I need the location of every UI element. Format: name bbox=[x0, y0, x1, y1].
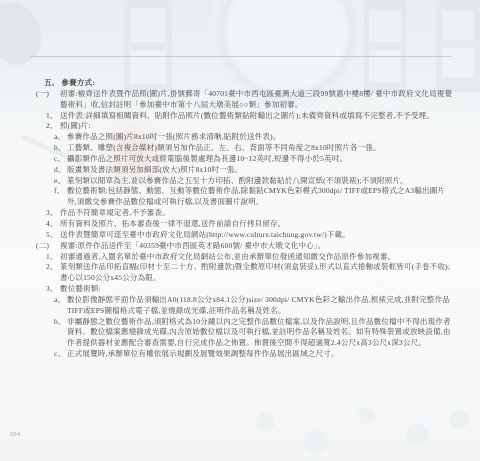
outline-item: 5、送件表暨簡章可逕至臺中市政府文化局網站(http://www.culture… bbox=[46, 230, 454, 241]
page-number: 204 bbox=[10, 432, 21, 438]
outline-item: e、篆刻類以閒章為主,並以參賽作品之五至十方印拓、酌附邊款黏貼於八開宣紙(不須裝… bbox=[54, 176, 454, 187]
outline-item: 1、初審通過者,入圍名單於臺中市政府文化局網站公布,並由承辦單位發函通知繳交作品… bbox=[46, 252, 454, 263]
outline-item: 3、作品不符簡章規定者,不予審查。 bbox=[46, 208, 454, 219]
outline-item: b、工藝類、雕塑(含複合媒材)類須另加作品正、左、右、背面等不同角度之8x10吋… bbox=[54, 143, 454, 154]
item-label: 2、 bbox=[46, 121, 60, 132]
outline-item: 2、照(圖)片: bbox=[46, 121, 454, 132]
outline-item: a、數位影像靜態平面作品須輸出A0(118.8公分x84.1公分)size/ 3… bbox=[54, 295, 454, 317]
item-text: 送件表暨簡章可逕至臺中市政府文化局網站(http://www.culture.t… bbox=[60, 230, 454, 241]
film-frame-decoration bbox=[369, 10, 401, 42]
item-label: b、 bbox=[54, 143, 67, 154]
item-label: (一) bbox=[36, 89, 60, 100]
item-label: 3、 bbox=[46, 208, 60, 219]
outline-item: 3、數位藝術類: bbox=[46, 284, 454, 295]
outline-item: 2、篆刻類送作品印拓直幅(印材十至二十方、酌附邊款)暨全數原印材(須盒裝妥),形… bbox=[46, 262, 454, 284]
section-heading: 五、參賽方式: bbox=[44, 78, 454, 89]
item-label: 3、 bbox=[46, 284, 60, 295]
item-text: 正式展覽時,承辦單位有權依展示規劃及展覽效果調整每件作品展出區域之尺寸。 bbox=[67, 349, 454, 360]
outline-item: b、非屬靜態之數位藝術作品,須附格式為10分鐘以內之完整作品數位檔案,以及作品說… bbox=[54, 317, 454, 350]
item-text: 複審:原件作品送件至「40359臺中市西區英才路600號/ 臺中市大墩文化中心」… bbox=[60, 241, 454, 252]
item-text: 版畫類及書法類須另加細部(放大)照片8x10吋一張。 bbox=[67, 165, 454, 176]
item-label: a、 bbox=[54, 295, 67, 306]
item-label: b、 bbox=[54, 317, 67, 328]
section-heading-number: 五、 bbox=[44, 78, 59, 87]
outline-item: a、參賽作品之照(圖)片8x10吋一張(照片務求清晰,貼附於送件表)。 bbox=[54, 132, 454, 143]
film-frame-decoration bbox=[442, 48, 474, 78]
film-frame-decoration bbox=[130, 8, 166, 42]
item-label: 1、 bbox=[46, 111, 60, 122]
outline-list: (一)初審:檢齊送件表暨作品照(圖)片,掛號郵寄「40701臺中市西屯區臺灣大道… bbox=[36, 89, 454, 360]
section-heading-text: 參賽方式: bbox=[61, 78, 95, 87]
film-frame-decoration bbox=[442, 10, 474, 40]
item-label: 2、 bbox=[46, 262, 60, 273]
item-text: 數位藝術類:包括靜態、動態、互動等數位藝術作品,除黏貼CMYK色彩模式300dp… bbox=[67, 186, 454, 208]
item-label: d、 bbox=[54, 165, 67, 176]
item-text: 攝影類作品之照片可放大或經電腦後製處理為長邊10~12英吋,短邊不得小於5英吋。 bbox=[67, 154, 454, 165]
item-label: (二) bbox=[36, 241, 60, 252]
scanned-document-page: { "colors":{ "background":"#f3f5f6", "de… bbox=[0, 0, 480, 461]
item-text: 工藝類、雕塑(含複合媒材)類須另加作品正、左、右、背面等不同角度之8x10吋照片… bbox=[67, 143, 454, 154]
item-text: 照(圖)片: bbox=[60, 121, 454, 132]
item-text: 篆刻類送作品印拓直幅(印材十至二十方、酌附邊款)暨全數原印材(須盒裝妥),形式以… bbox=[60, 262, 454, 284]
item-text: 非屬靜態之數位藝術作品,須附格式為10分鐘以內之完整作品數位檔案,以及作品說明,… bbox=[67, 317, 454, 350]
header-divider bbox=[30, 56, 452, 57]
item-label: 4、 bbox=[46, 219, 60, 230]
outline-item: c、攝影類作品之照片可放大或經電腦後製處理為長邊10~12英吋,短邊不得小於5英… bbox=[54, 154, 454, 165]
document-content: 五、參賽方式: (一)初審:檢齊送件表暨作品照(圖)片,掛號郵寄「40701臺中… bbox=[36, 78, 454, 360]
item-text: 所有資料及照片、拓本審查後一律不退還,送件前請自行拷貝留存。 bbox=[60, 219, 454, 230]
bubble-texture-decoration bbox=[228, 396, 480, 461]
item-label: c、 bbox=[54, 349, 67, 360]
item-text: 數位影像靜態平面作品須輸出A0(118.8公分x84.1公分)size/ 300… bbox=[67, 295, 454, 317]
item-label: f、 bbox=[54, 186, 67, 197]
item-text: 初審通過者,入圍名單於臺中市政府文化局網站公布,並由承辦單位發函通知繳交作品原件… bbox=[60, 252, 454, 263]
item-label: 5、 bbox=[46, 230, 60, 241]
item-text: 篆刻類以閒章為主,並以參賽作品之五至十方印拓、酌附邊款黏貼於八開宣紙(不須裝裱)… bbox=[67, 176, 454, 187]
item-text: 初審:檢齊送件表暨作品照(圖)片,掛號郵寄「40701臺中市西屯區臺灣大道三段9… bbox=[60, 89, 454, 111]
calligraphy-ink-decoration bbox=[0, 0, 48, 70]
outline-item: 1、送件表:詳細填寫相關資料、貼附作品照片(數位藝術類貼附輸出之圖片);未備齊資… bbox=[46, 111, 454, 122]
item-label: e、 bbox=[54, 176, 67, 187]
item-text: 作品不符簡章規定者,不予審查。 bbox=[60, 208, 454, 219]
outline-item: c、正式展覽時,承辦單位有權依展示規劃及展覽效果調整每件作品展出區域之尺寸。 bbox=[54, 349, 454, 360]
item-label: c、 bbox=[54, 154, 67, 165]
outline-item: (一)初審:檢齊送件表暨作品照(圖)片,掛號郵寄「40701臺中市西屯區臺灣大道… bbox=[36, 89, 454, 111]
item-text: 數位藝術類: bbox=[60, 284, 454, 295]
item-text: 送件表:詳細填寫相關資料、貼附作品照片(數位藝術類貼附輸出之圖片);未備齊資料或… bbox=[60, 111, 454, 122]
outline-item: d、版畫類及書法類須另加細部(放大)照片8x10吋一張。 bbox=[54, 165, 454, 176]
item-label: a、 bbox=[54, 132, 67, 143]
outline-item: (二)複審:原件作品送件至「40359臺中市西區英才路600號/ 臺中市大墩文化… bbox=[36, 241, 454, 252]
item-label: 1、 bbox=[46, 252, 60, 263]
outline-item: f、數位藝術類:包括靜態、動態、互動等數位藝術作品,除黏貼CMYK色彩模式300… bbox=[54, 186, 454, 208]
outline-item: 4、所有資料及照片、拓本審查後一律不退還,送件前請自行拷貝留存。 bbox=[46, 219, 454, 230]
item-text: 參賽作品之照(圖)片8x10吋一張(照片務求清晰,貼附於送件表)。 bbox=[67, 132, 454, 143]
